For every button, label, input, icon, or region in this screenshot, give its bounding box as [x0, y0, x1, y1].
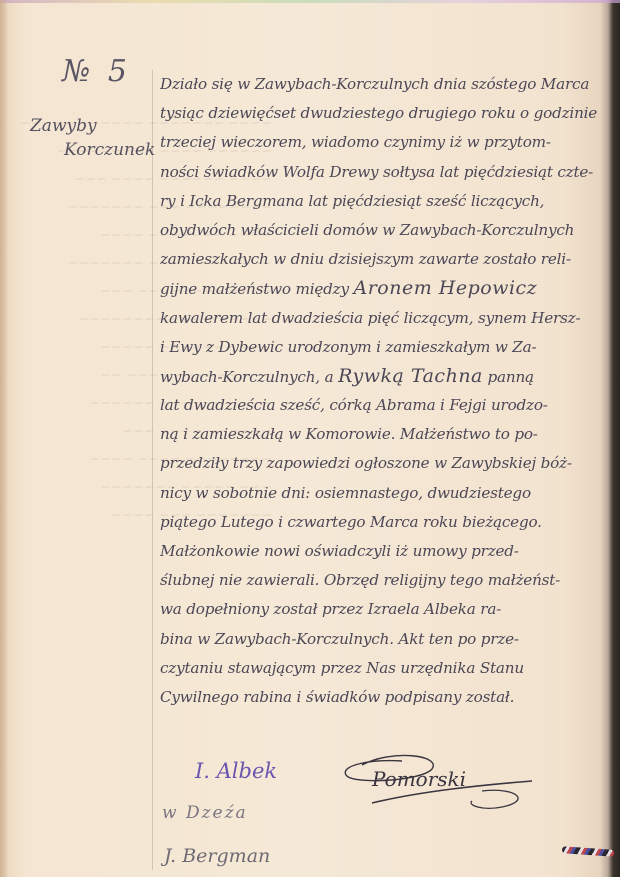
line-text: nicy w sobotnie dni: osiemnastego, dwudz…	[160, 484, 531, 502]
text-line: nicy w sobotnie dni: osiemnastego, dwudz…	[160, 479, 616, 508]
act-body-text: Działo się w Zawybach-Korczulnych dnia s…	[160, 70, 616, 712]
text-line: obydwóch właścicieli domów w Zawybach-Ko…	[160, 216, 616, 245]
text-line: kawalerem lat dwadzieścia pięć liczącym,…	[160, 304, 616, 333]
line-text: czytaniu stawającym przez Nas urzędnika …	[160, 659, 524, 677]
text-line: piątego Lutego i czwartego Marca roku bi…	[160, 508, 616, 537]
line-text: piątego Lutego i czwartego Marca roku bi…	[160, 513, 542, 531]
text-line: bina w Zawybach-Korczulnych. Akt ten po …	[160, 625, 616, 654]
line-text: ną i zamieszkałą w Komorowie. Małżeństwo…	[160, 425, 538, 443]
line-text: Cywilnego rabina i świadków podpisany zo…	[160, 688, 514, 706]
line-text: ślubnej nie zawierali. Obrzęd religijny …	[160, 571, 560, 589]
text-line: trzeciej wieczorem, wiadomo czynimy iż w…	[160, 128, 616, 157]
text-line: ślubnej nie zawierali. Obrzęd religijny …	[160, 566, 616, 595]
spouse-name: Aronem Hepowicz	[353, 277, 537, 299]
text-line: i Ewy z Dybewic urodzonym i zamieszkałym…	[160, 333, 616, 362]
text-line: gijne małżeństwo między Aronem Hepowicz	[160, 274, 616, 303]
text-line: wa dopełniony został przez Izraela Albek…	[160, 595, 616, 624]
text-line: zamieszkałych w dniu dzisiejszym zawarte…	[160, 245, 616, 274]
signatures-block: I. Albek Pomorski w Dzeźa J. Bergman	[150, 745, 620, 877]
text-line: czytaniu stawającym przez Nas urzędnika …	[160, 654, 616, 683]
official-signature: Pomorski	[332, 751, 552, 821]
line-text: lat dwadzieścia sześć, córką Abrama i Fe…	[160, 396, 548, 414]
text-line: ności świadków Wolfa Drewy sołtysa lat p…	[160, 158, 616, 187]
line-text: wybach-Korczulnych, a	[160, 368, 338, 386]
text-line: ry i Icka Bergmana lat pięćdziesiąt sześ…	[160, 187, 616, 216]
line-text: przedziły trzy zapowiedzi ogłoszone w Za…	[160, 454, 572, 472]
text-line: wybach-Korczulnych, a Rywką Tachna panną	[160, 362, 616, 391]
text-line: przedziły trzy zapowiedzi ogłoszone w Za…	[160, 449, 616, 478]
line-text: Działo się w Zawybach-Korczulnych dnia s…	[160, 75, 589, 93]
text-line: Działo się w Zawybach-Korczulnych dnia s…	[160, 70, 616, 99]
line-text: zamieszkałych w dniu dzisiejszym zawarte…	[160, 250, 571, 268]
text-line: Cywilnego rabina i świadków podpisany zo…	[160, 683, 616, 712]
register-page: ~~~~ ~~~~~~~ ~~~~~~ ~~~~~~~~~~~ ~~~~ ~~~…	[0, 0, 620, 877]
margin-place-name: Zawyby	[30, 116, 97, 136]
margin-place-name-cont: Korczunek	[64, 140, 155, 160]
line-text: ności świadków Wolfa Drewy sołtysa lat p…	[160, 163, 593, 181]
line-text: gijne małżeństwo między	[160, 280, 353, 298]
rabbi-signature: I. Albek	[195, 759, 277, 783]
gutter-shadow	[0, 0, 8, 877]
official-signature-text: Pomorski	[372, 767, 466, 791]
line-text: bina w Zawybach-Korczulnych. Akt ten po …	[160, 630, 519, 648]
witness-signature-1: w Dzeźa	[162, 803, 248, 823]
line-text: ry i Icka Bergmana lat pięćdziesiąt sześ…	[160, 192, 544, 210]
text-line: Małżonkowie nowi oświadczyli iż umowy pr…	[160, 537, 616, 566]
line-text: tysiąc dziewięćset dwudziestego drugiego…	[160, 104, 597, 122]
line-text: wa dopełniony został przez Izraela Albek…	[160, 600, 501, 618]
line-text: kawalerem lat dwadzieścia pięć liczącym,…	[160, 309, 580, 327]
text-line: ną i zamieszkałą w Komorowie. Małżeństwo…	[160, 420, 616, 449]
text-line: lat dwadzieścia sześć, córką Abrama i Fe…	[160, 391, 616, 420]
text-line: tysiąc dziewięćset dwudziestego drugiego…	[160, 99, 616, 128]
page-top-edge	[0, 0, 620, 3]
line-text: Małżonkowie nowi oświadczyli iż umowy pr…	[160, 542, 519, 560]
spouse-name: Rywką Tachna	[338, 365, 483, 387]
line-text: trzeciej wieczorem, wiadomo czynimy iż w…	[160, 133, 551, 151]
witness-signature-2: J. Bergman	[164, 845, 270, 867]
act-number: № 5	[62, 54, 131, 89]
line-text: i Ewy z Dybewic urodzonym i zamieszkałym…	[160, 338, 536, 356]
line-text: panną	[483, 368, 534, 386]
line-text: obydwóch właścicieli domów w Zawybach-Ko…	[160, 221, 574, 239]
